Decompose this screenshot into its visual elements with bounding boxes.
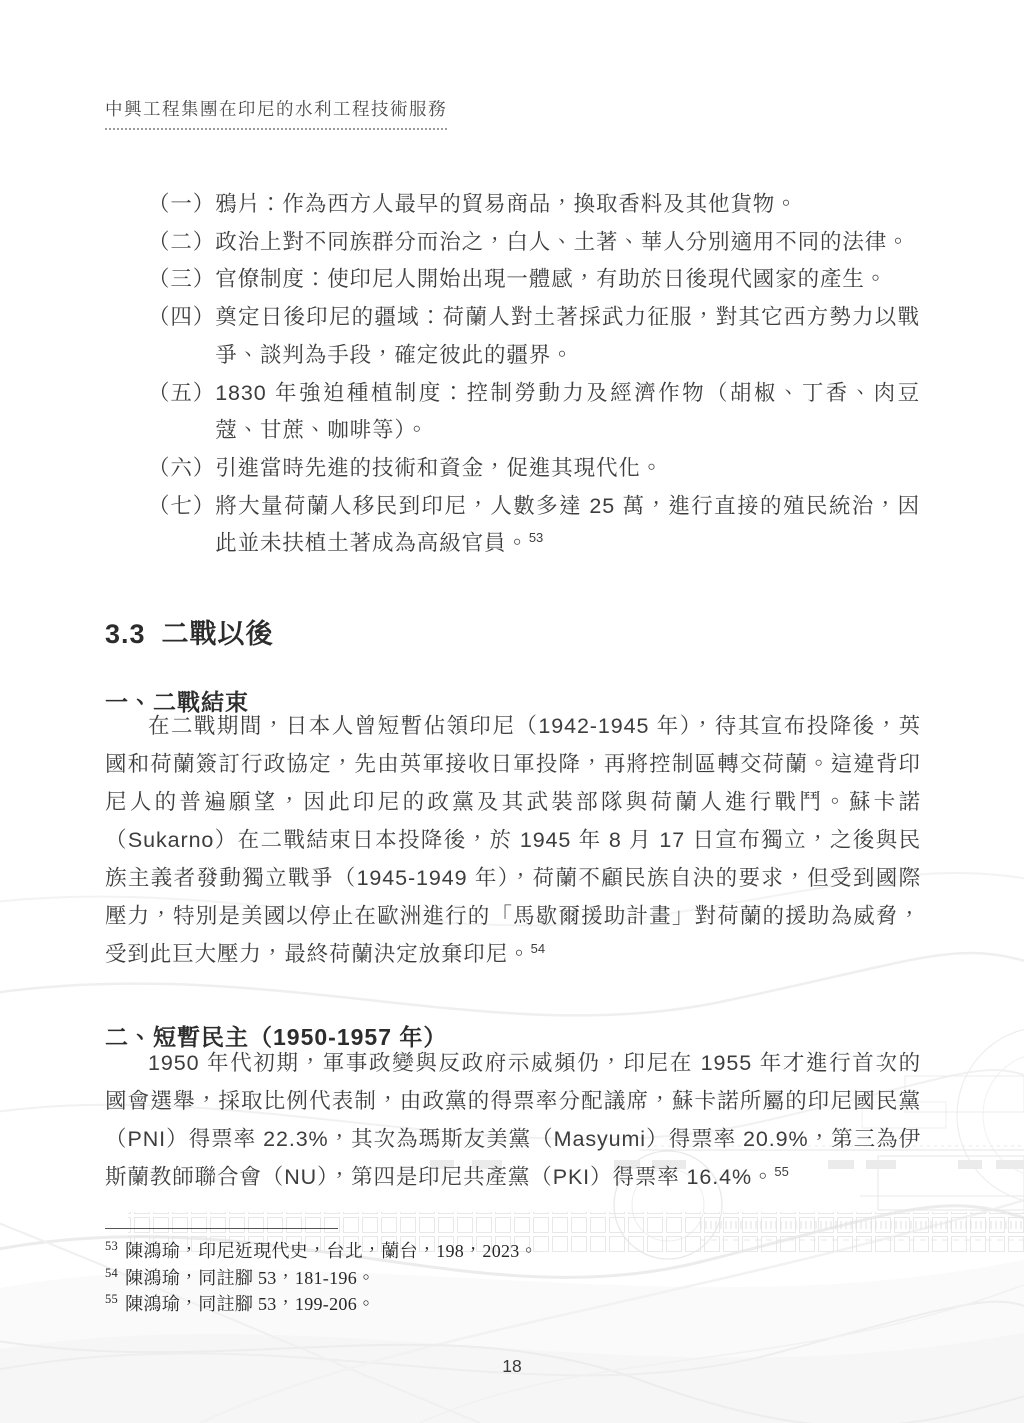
list-item-marker: （六） bbox=[148, 450, 215, 488]
list-item-text: 官僚制度：使印尼人開始出現一體感，有助於日後現代國家的產生。 bbox=[215, 261, 920, 299]
list-item: （五） 1830 年強迫種植制度：控制勞動力及經濟作物（胡椒、丁香、肉豆蔻、甘蔗… bbox=[148, 375, 920, 450]
list-item: （一） 鴉片：作為西方人最早的貿易商品，換取香料及其他貨物。 bbox=[148, 186, 920, 224]
footnote-text: 陳鴻瑜，同註腳 53，199-206。 bbox=[125, 1294, 375, 1314]
list-item-text: 鴉片：作為西方人最早的貿易商品，換取香料及其他貨物。 bbox=[215, 186, 920, 224]
list-item-text: 奠定日後印尼的疆域：荷蘭人對土著採武力征服，對其它西方勢力以戰爭、談判為手段，確… bbox=[215, 299, 920, 374]
list-item: （四） 奠定日後印尼的疆域：荷蘭人對土著採武力征服，對其它西方勢力以戰爭、談判為… bbox=[148, 299, 920, 374]
document-page: 中興工程集團在印尼的水利工程技術服務 （一） 鴉片：作為西方人最早的貿易商品，換… bbox=[0, 0, 1024, 1423]
footnote-number: 55 bbox=[105, 1292, 118, 1306]
list-item-marker: （七） bbox=[148, 488, 215, 563]
list-item: （六） 引進當時先進的技術和資金，促進其現代化。 bbox=[148, 450, 920, 488]
list-item-marker: （二） bbox=[148, 224, 215, 262]
list-item-marker: （四） bbox=[148, 299, 215, 374]
section-heading: 3.3二戰以後 bbox=[105, 612, 274, 651]
section-title: 二戰以後 bbox=[162, 619, 274, 649]
body-paragraph-1: 在二戰期間，日本人曾短暫佔領印尼（1942-1945 年），待其宣布投降後，英國… bbox=[105, 707, 921, 973]
footnote: 53陳鴻瑜，印尼近現代史，台北，蘭台，198，2023。 bbox=[105, 1238, 925, 1265]
page-number: 18 bbox=[0, 1356, 1024, 1377]
numbered-list: （一） 鴉片：作為西方人最早的貿易商品，換取香料及其他貨物。 （二） 政治上對不… bbox=[148, 186, 920, 563]
paragraph-1-text: 在二戰期間，日本人曾短暫佔領印尼（1942-1945 年），待其宣布投降後，英國… bbox=[105, 714, 921, 966]
footnote-reference-55: 55 bbox=[774, 1164, 788, 1179]
footnote-text: 陳鴻瑜，同註腳 53，181-196。 bbox=[125, 1268, 375, 1288]
footnote-number: 54 bbox=[105, 1266, 118, 1280]
footnote-reference-54: 54 bbox=[531, 941, 545, 956]
paragraph-2-text: 1950 年代初期，軍事政變與反政府示威頻仍，印尼在 1955 年才進行首次的國… bbox=[105, 1051, 921, 1189]
list-item-text: 政治上對不同族群分而治之，白人、土著、華人分別適用不同的法律。 bbox=[215, 224, 920, 262]
list-item-text: 1830 年強迫種植制度：控制勞動力及經濟作物（胡椒、丁香、肉豆蔻、甘蔗、咖啡等… bbox=[215, 375, 920, 450]
list-item-marker: （五） bbox=[148, 375, 215, 450]
list-item-marker: （一） bbox=[148, 186, 215, 224]
list-item: （三） 官僚制度：使印尼人開始出現一體感，有助於日後現代國家的產生。 bbox=[148, 261, 920, 299]
footnote: 55陳鴻瑜，同註腳 53，199-206。 bbox=[105, 1291, 925, 1318]
list-item: （七） 將大量荷蘭人移民到印尼，人數多達 25 萬，進行直接的殖民統治，因此並未… bbox=[148, 488, 920, 563]
running-header-title: 中興工程集團在印尼的水利工程技術服務 bbox=[105, 96, 447, 130]
list-item: （二） 政治上對不同族群分而治之，白人、土著、華人分別適用不同的法律。 bbox=[148, 224, 920, 262]
list-item-text-body: 將大量荷蘭人移民到印尼，人數多達 25 萬，進行直接的殖民統治，因此並未扶植土著… bbox=[215, 494, 920, 556]
footnote: 54陳鴻瑜，同註腳 53，181-196。 bbox=[105, 1265, 925, 1292]
footnote-block: 53陳鴻瑜，印尼近現代史，台北，蘭台，198，2023。 54陳鴻瑜，同註腳 5… bbox=[105, 1228, 925, 1318]
footnote-reference-53: 53 bbox=[529, 530, 543, 545]
footnote-separator-rule bbox=[105, 1228, 338, 1229]
body-paragraph-2: 1950 年代初期，軍事政變與反政府示威頻仍，印尼在 1955 年才進行首次的國… bbox=[105, 1044, 921, 1196]
footnote-number: 53 bbox=[105, 1239, 118, 1253]
list-item-text: 將大量荷蘭人移民到印尼，人數多達 25 萬，進行直接的殖民統治，因此並未扶植土著… bbox=[215, 488, 920, 563]
list-item-text: 引進當時先進的技術和資金，促進其現代化。 bbox=[215, 450, 920, 488]
running-header: 中興工程集團在印尼的水利工程技術服務 bbox=[105, 96, 447, 130]
footnote-text: 陳鴻瑜，印尼近現代史，台北，蘭台，198，2023。 bbox=[125, 1241, 538, 1261]
section-number: 3.3 bbox=[105, 619, 146, 649]
list-item-marker: （三） bbox=[148, 261, 215, 299]
